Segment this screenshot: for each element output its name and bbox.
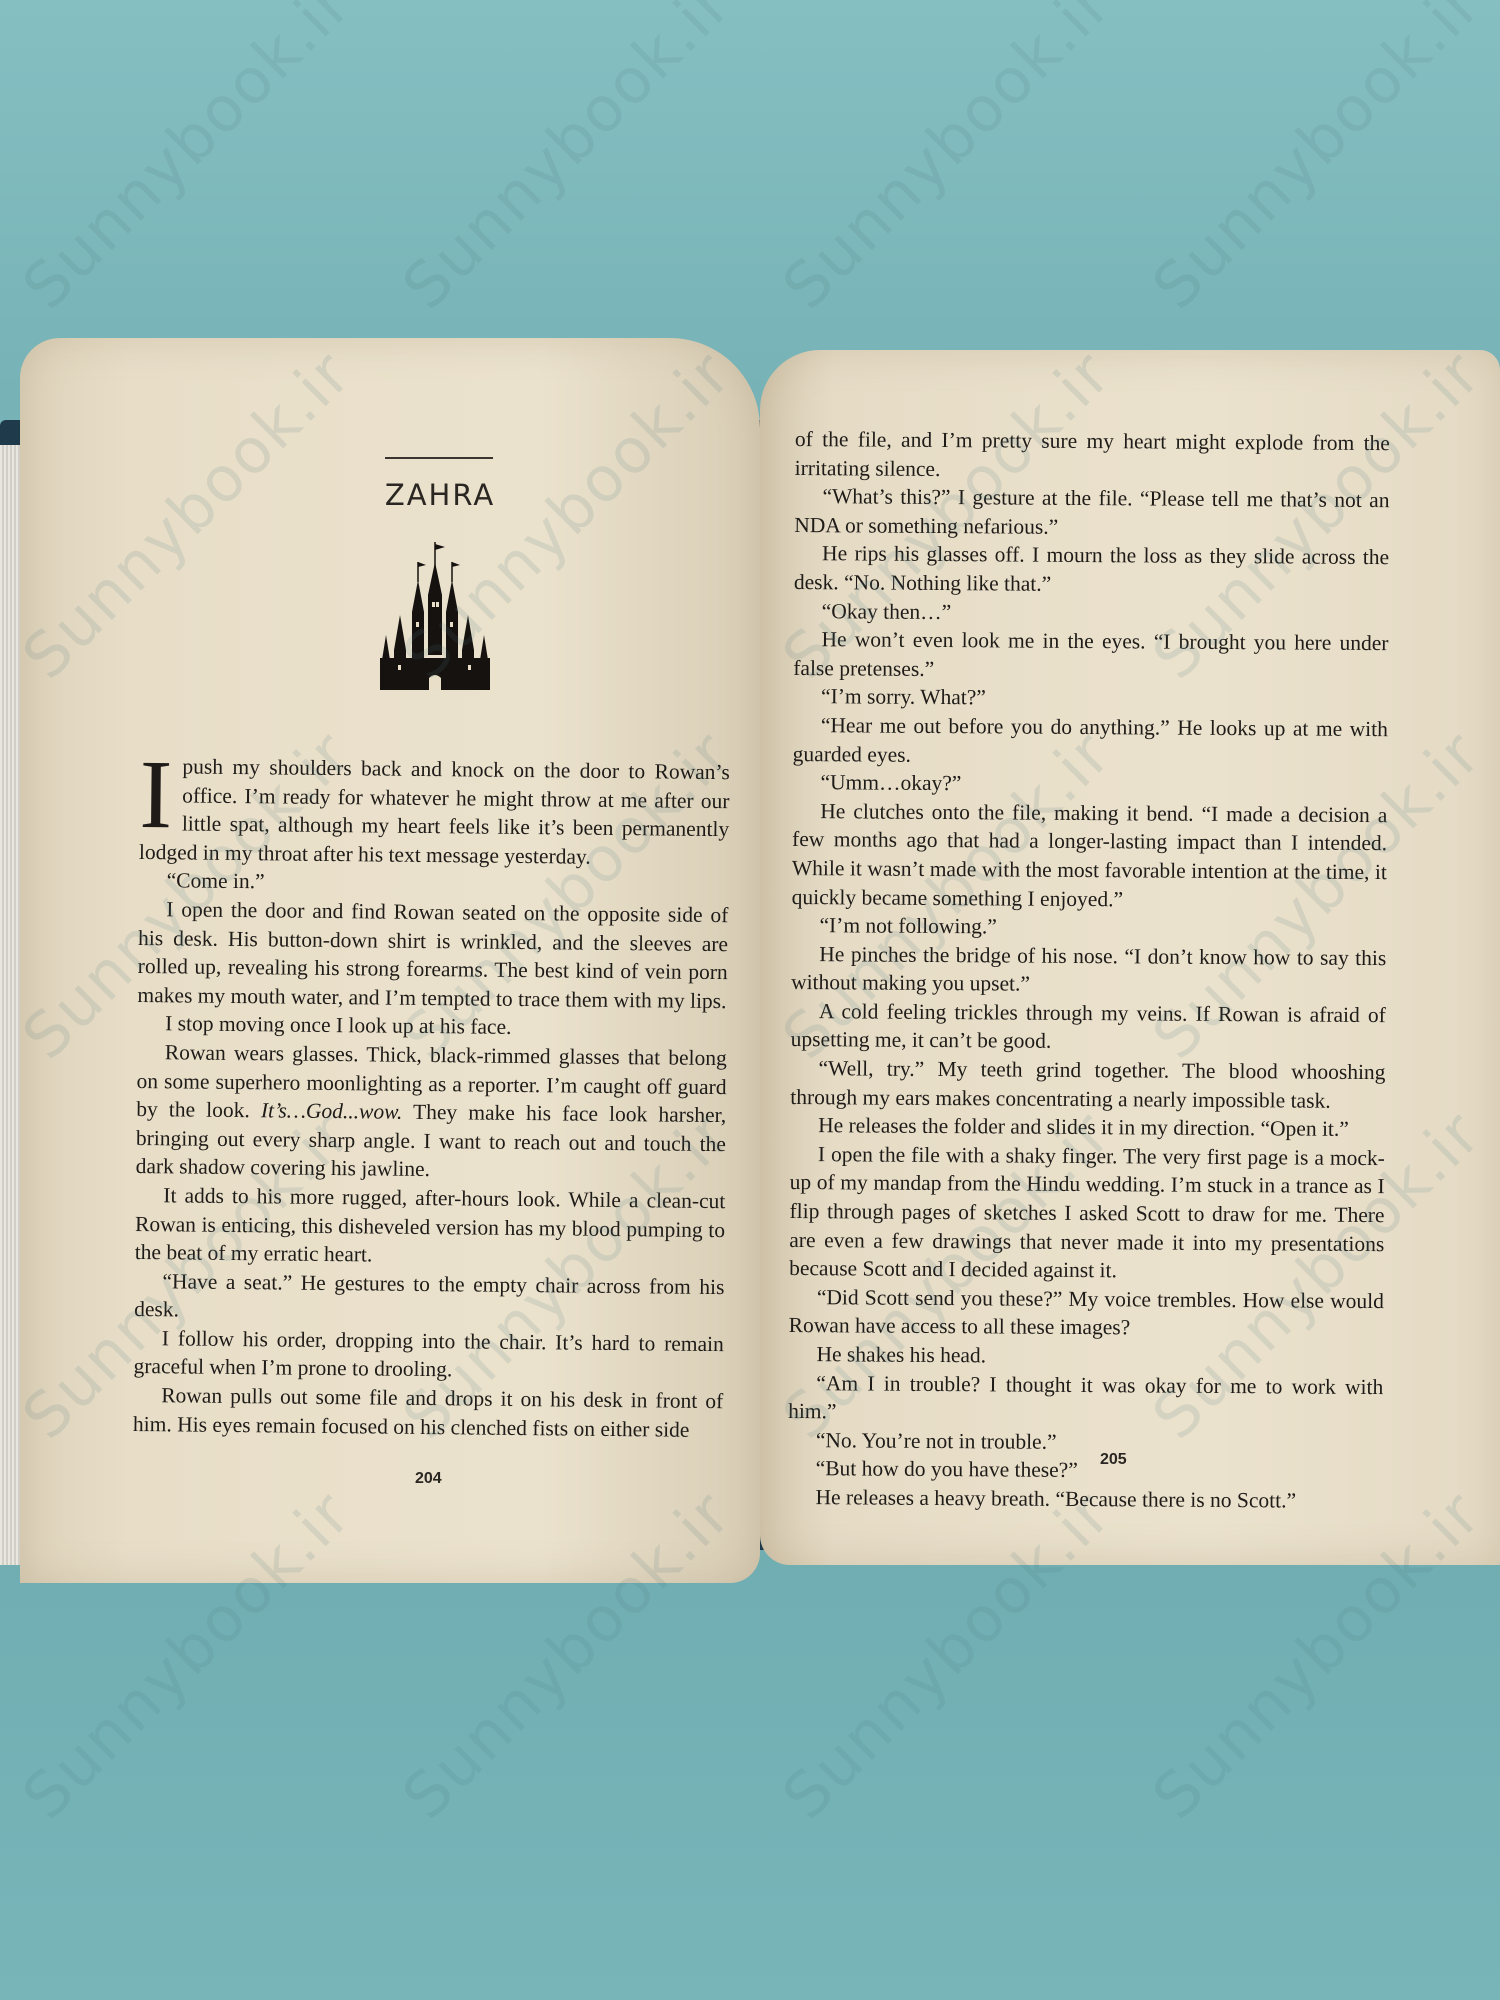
paragraph: Rowan pulls out some file and drops it o… [133,1381,724,1444]
paragraph: “Umm…okay?” [792,768,1387,801]
page-number-right: 205 [1100,1451,1127,1469]
paragraph: It adds to his more rugged, after-hours … [135,1181,726,1273]
watermark: Sunnybook.ir [768,0,1125,323]
paragraph: “What’s this?” I gesture at the file. “P… [794,482,1389,543]
paragraph: I follow his order, dropping into the ch… [133,1324,724,1387]
paragraph: He rips his glasses off. I mourn the los… [794,539,1389,600]
paragraph: He clutches onto the file, making it ben… [792,797,1388,916]
page-edges [0,445,20,1565]
chapter-title: ZAHRA [330,478,550,512]
page-number-left: 204 [415,1470,442,1488]
drop-cap: I [139,756,172,834]
paragraph: I open the door and find Rowan seated on… [137,895,728,1016]
paragraph: Ipush my shoulders back and knock on the… [139,752,730,873]
paragraph: A cold feeling trickles through my veins… [791,997,1386,1058]
paragraph: “Am I in trouble? I thought it was okay … [788,1369,1383,1430]
paragraph: “Did Scott send you these?” My voice tre… [789,1283,1384,1344]
castle-icon [380,540,490,690]
watermark: Sunnybook.ir [388,0,745,323]
paragraph: “No. You’re not in trouble.” [788,1426,1383,1459]
paragraph: He shakes his head. [788,1340,1383,1373]
paragraph: “Have a seat.” He gestures to the empty … [134,1267,725,1330]
paragraph: He releases the folder and slides it in … [790,1111,1385,1144]
paragraph: I open the file with a shaky finger. The… [789,1140,1385,1287]
paragraph: He won’t even look me in the eyes. “I br… [793,625,1388,686]
paragraph: “I’m not following.” [791,911,1386,944]
italic-thought: It’s…God...wow. [261,1098,403,1123]
paragraph: “I’m sorry. What?” [793,682,1388,715]
chapter-rule [385,457,493,459]
watermark: Sunnybook.ir [8,0,365,323]
left-page-body: Ipush my shoulders back and knock on the… [133,752,730,1444]
paragraph: “Okay then…” [794,597,1389,630]
paragraph: He pinches the bridge of his nose. “I do… [791,940,1386,1001]
paragraph: “Well, try.” My teeth grind together. Th… [790,1054,1385,1115]
paragraph: of the file, and I’m pretty sure my hear… [795,425,1390,486]
paragraph: He releases a heavy breath. “Because the… [787,1483,1382,1516]
paragraph: “Hear me out before you do anything.” He… [793,711,1388,772]
right-page-body: of the file, and I’m pretty sure my hear… [787,425,1390,1516]
paragraph: “But how do you have these?” [788,1454,1383,1487]
watermark: Sunnybook.ir [1138,0,1495,323]
paragraph: Rowan wears glasses. Thick, black-rimmed… [136,1038,727,1187]
